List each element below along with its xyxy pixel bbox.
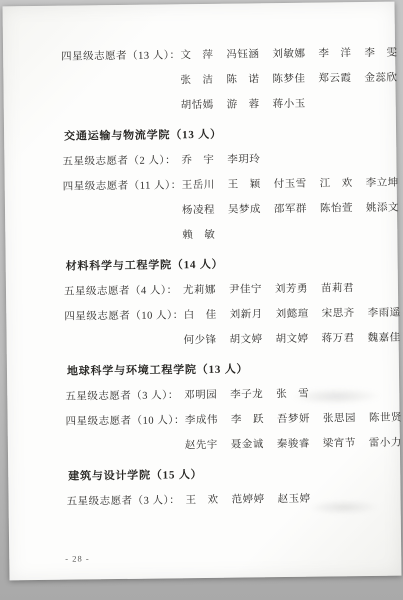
- volunteer-name: 胡恬嫣: [181, 98, 214, 113]
- volunteer-name: 王岳川: [182, 178, 215, 193]
- volunteer-name: 赖 敏: [182, 228, 215, 243]
- volunteer-name: 李 洋: [318, 46, 351, 61]
- volunteer-row: 张 洁陈 诺陈梦佳郑云霞金蕊欣: [61, 71, 387, 90]
- volunteer-name: 陈梦佳: [272, 72, 305, 87]
- volunteer-tier-label: [65, 343, 184, 344]
- volunteer-row: 杨凌程吴梦成邵军群陈怡萱姚添文: [63, 201, 389, 220]
- volunteer-row: 胡恬嫣游 蓉蒋小玉: [62, 96, 388, 115]
- volunteer-tier-label: [63, 213, 182, 214]
- volunteer-name: 胡文婷: [230, 332, 263, 347]
- volunteer-name: 李成伟: [185, 413, 218, 428]
- volunteer-name: 李 跃: [231, 412, 264, 427]
- section-title: 建筑与设计学院（15 人）: [68, 466, 392, 485]
- volunteer-tier-label: [66, 448, 185, 449]
- volunteer-name: 江 欢: [320, 176, 353, 191]
- volunteer-name: 陈世贤: [369, 411, 402, 426]
- volunteer-row: 四星级志愿者（13 人）： 文 萍冯钰涵刘敏娜李 洋李 雯: [61, 46, 387, 65]
- volunteer-name: 张思园: [323, 411, 356, 426]
- volunteer-name: 刘懿瑄: [276, 307, 309, 322]
- volunteer-row: 五星级志愿者（4 人）： 尤莉娜尹佳宁刘芳勇苗莉君: [64, 281, 390, 300]
- volunteer-name: 刘芳勇: [275, 282, 308, 297]
- volunteer-name: 刘新月: [230, 307, 263, 322]
- document-page: 四星级志愿者（13 人）： 文 萍冯钰涵刘敏娜李 洋李 雯 张 洁陈 诺陈梦佳郑…: [3, 2, 402, 581]
- volunteer-tier-label: 四星级志愿者（10 人）：: [66, 413, 186, 429]
- volunteer-names: 王 欢范婷婷赵玉婷: [185, 492, 310, 509]
- volunteer-name: 陈 诺: [226, 72, 259, 87]
- volunteer-name: 范婷婷: [231, 492, 264, 507]
- volunteer-name: 宋思齐: [322, 306, 355, 321]
- volunteer-tier-label: 四星级志愿者（10 人）：: [64, 308, 184, 324]
- volunteer-row: 五星级志愿者（2 人）： 乔 宇李玥玲: [62, 151, 388, 170]
- volunteer-row: 五星级志愿者（3 人）： 邓明园李子龙张 雪: [65, 386, 391, 405]
- volunteer-name: 蒋小玉: [273, 97, 306, 112]
- page-number: - 28 -: [65, 553, 90, 563]
- volunteer-names: 赖 敏: [182, 228, 215, 243]
- volunteer-row: 四星级志愿者（10 人）： 白 佳刘新月刘懿瑄宋思齐李雨遥: [64, 306, 390, 325]
- volunteer-name: 吾梦妍: [277, 412, 310, 427]
- volunteer-name: 邵军群: [274, 202, 307, 217]
- volunteer-names: 李成伟李 跃吾梦妍张思园陈世贤: [185, 411, 402, 429]
- volunteer-name: 李子龙: [230, 387, 263, 402]
- volunteer-name: 尤莉娜: [183, 283, 216, 298]
- volunteer-names: 文 萍冯钰涵刘敏娜李 洋李 雯: [180, 46, 397, 64]
- volunteer-name: 刘敏娜: [272, 47, 305, 62]
- volunteer-names: 邓明园李子龙张 雪: [184, 387, 309, 404]
- volunteer-name: 王 欢: [185, 493, 218, 508]
- volunteer-name: 苗莉君: [321, 281, 354, 296]
- volunteer-name: 雷小力: [369, 436, 402, 451]
- volunteer-tier-label: 四星级志愿者（13 人）：: [61, 48, 181, 64]
- volunteer-name: 李雨遥: [368, 306, 401, 321]
- volunteer-name: 郑云霞: [318, 71, 351, 86]
- volunteer-name: 吴梦成: [228, 202, 261, 217]
- volunteer-name: 张 洁: [180, 73, 213, 88]
- volunteer-name: 邓明园: [184, 388, 217, 403]
- volunteer-tier-label: 五星级志愿者（3 人）：: [65, 388, 184, 404]
- volunteer-name: 赵玉婷: [277, 492, 310, 507]
- scanned-document-screen: 四星级志愿者（13 人）： 文 萍冯钰涵刘敏娜李 洋李 雯 张 洁陈 诺陈梦佳郑…: [0, 0, 403, 600]
- section-title: 地球科学与环境工程学院（13 人）: [67, 361, 391, 380]
- volunteer-name: 李玥玲: [227, 152, 260, 167]
- volunteer-names: 乔 宇李玥玲: [181, 152, 260, 168]
- volunteer-name: 姚添文: [366, 201, 399, 216]
- volunteer-name: 赵先宇: [185, 438, 218, 453]
- volunteer-name: 陈怡萱: [320, 201, 353, 216]
- volunteer-name: 付玉雪: [274, 177, 307, 192]
- volunteer-name: 何少锋: [184, 333, 217, 348]
- volunteer-name: 文 萍: [180, 48, 213, 63]
- volunteer-name: 乔 宇: [181, 153, 214, 168]
- volunteer-name: 蒋万君: [322, 331, 355, 346]
- volunteer-name: 梁宵节: [323, 436, 356, 451]
- volunteer-name: 李 雯: [364, 46, 397, 61]
- volunteer-tier-label: 五星级志愿者（4 人）：: [64, 283, 183, 299]
- volunteer-tier-label: 五星级志愿者（3 人）：: [66, 493, 185, 509]
- volunteer-row: 五星级志愿者（3 人）： 王 欢范婷婷赵玉婷: [66, 491, 392, 510]
- volunteer-tier-label: 五星级志愿者（2 人）：: [62, 153, 181, 169]
- volunteer-names: 何少锋胡文婷胡文婷蒋万君魏嘉佳: [184, 331, 401, 349]
- volunteer-name: 魏嘉佳: [368, 331, 401, 346]
- volunteer-tier-label: [61, 83, 180, 84]
- volunteer-name: 白 佳: [184, 308, 217, 323]
- volunteer-names: 杨凌程吴梦成邵军群陈怡萱姚添文: [182, 201, 399, 219]
- volunteer-names: 尤莉娜尹佳宁刘芳勇苗莉君: [183, 281, 354, 298]
- volunteer-name: 胡文婷: [276, 332, 309, 347]
- volunteer-row: 赵先宇聂金诚秦骏睿梁宵节雷小力: [66, 436, 392, 455]
- volunteer-name: 张 雪: [276, 387, 309, 402]
- volunteer-name: 聂金诚: [231, 437, 264, 452]
- volunteer-tier-label: [63, 238, 182, 239]
- volunteer-names: 白 佳刘新月刘懿瑄宋思齐李雨遥: [184, 306, 401, 324]
- volunteer-name: 冯钰涵: [226, 47, 259, 62]
- volunteer-row: 何少锋胡文婷胡文婷蒋万君魏嘉佳: [65, 331, 391, 350]
- volunteer-names: 张 洁陈 诺陈梦佳郑云霞金蕊欣: [180, 71, 397, 89]
- volunteer-names: 王岳川王 颖付玉雪江 欢李立坤: [182, 176, 399, 194]
- volunteer-row: 四星级志愿者（10 人）： 李成伟李 跃吾梦妍张思园陈世贤: [66, 411, 392, 430]
- volunteer-name: 尹佳宁: [229, 282, 262, 297]
- volunteer-tier-label: 四星级志愿者（11 人）：: [63, 178, 182, 194]
- volunteer-row: 赖 敏: [63, 226, 389, 245]
- volunteer-name: 李立坤: [366, 176, 399, 191]
- volunteer-names: 赵先宇聂金诚秦骏睿梁宵节雷小力: [185, 436, 402, 454]
- volunteer-tier-label: [62, 108, 181, 109]
- volunteer-name: 秦骏睿: [277, 437, 310, 452]
- document-content: 四星级志愿者（13 人）： 文 萍冯钰涵刘敏娜李 洋李 雯 张 洁陈 诺陈梦佳郑…: [61, 46, 393, 520]
- volunteer-name: 金蕊欣: [364, 71, 397, 86]
- volunteer-row: 四星级志愿者（11 人）： 王岳川王 颖付玉雪江 欢李立坤: [63, 176, 389, 195]
- volunteer-names: 胡恬嫣游 蓉蒋小玉: [181, 97, 306, 114]
- volunteer-name: 游 蓉: [227, 97, 260, 112]
- volunteer-name: 杨凌程: [182, 203, 215, 218]
- volunteer-name: 王 颖: [228, 177, 261, 192]
- section-title: 交通运输与物流学院（13 人）: [64, 126, 388, 145]
- section-title: 材料科学与工程学院（14 人）: [66, 256, 390, 275]
